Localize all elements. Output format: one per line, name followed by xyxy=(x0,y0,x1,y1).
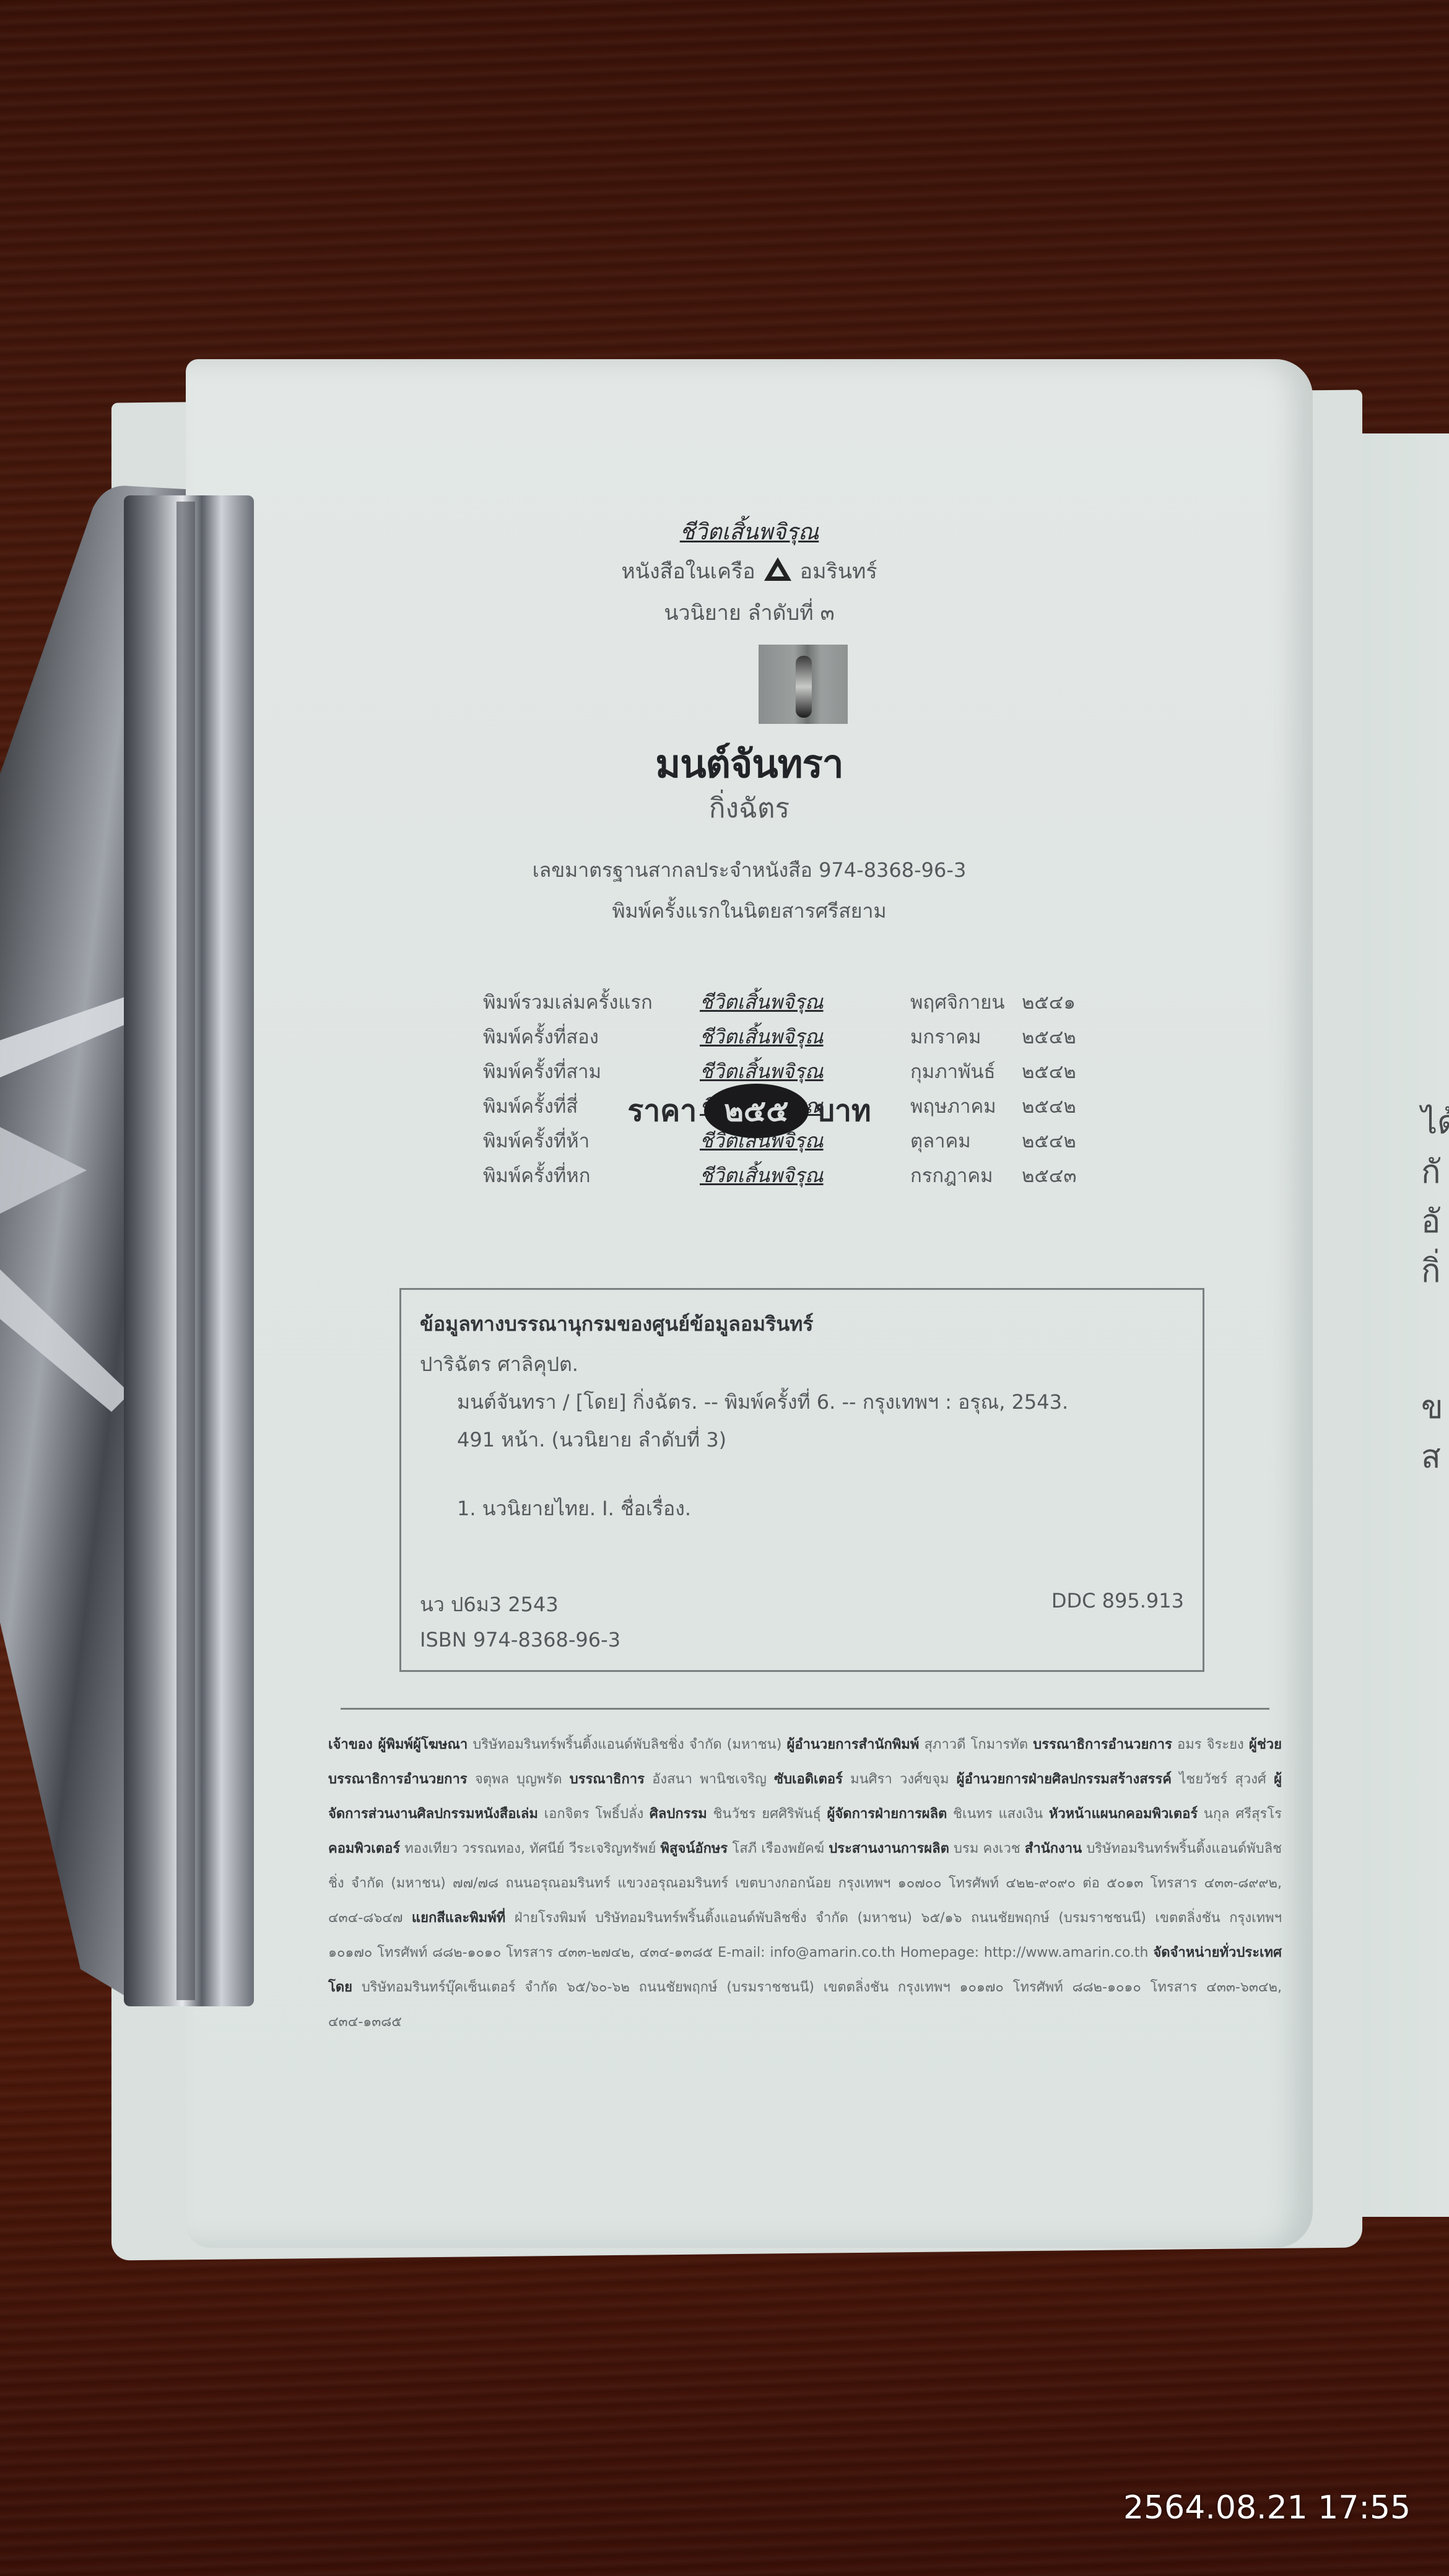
cip-ddc: DDC 895.913 xyxy=(1051,1589,1184,1621)
book-title: มนต์จันทรา xyxy=(186,734,1313,794)
print-label: พิมพ์ครั้งที่สอง xyxy=(483,1021,700,1052)
colophon-role: ซับเอดิเตอร์ xyxy=(774,1772,843,1787)
cover-thumbnail-image xyxy=(759,645,848,724)
divider-line xyxy=(341,1708,1269,1710)
right-page-fragment: กิ่ xyxy=(1421,1245,1440,1296)
book-author: กิ่งฉัตร xyxy=(186,786,1313,830)
colophon-text: เจ้าของ ผู้พิมพ์ผู้โฆษณา บริษัทอมรินทร์พ… xyxy=(328,1728,1282,2040)
amarin-logo-icon xyxy=(764,557,791,581)
print-signature: ชีวิตเสิ้นพจิรุณ xyxy=(700,1021,910,1053)
copyright-page: ชีวิตเสิ้นพจิรุณ หนังสือในเครืออมรินทร์ … xyxy=(186,359,1313,2248)
colophon-role: คอมพิวเตอร์ xyxy=(328,1841,400,1856)
print-year: ๒๕๔๑ xyxy=(1022,986,1102,1017)
colophon-role: ศิลปกรรม xyxy=(650,1806,707,1822)
colophon-role: ผู้อำนวยการสำนักพิมพ์ xyxy=(786,1737,919,1752)
right-page-fragment: กั xyxy=(1421,1146,1440,1197)
print-label: พิมพ์ครั้งที่หก xyxy=(483,1160,700,1191)
right-page-fragment: ส xyxy=(1421,1430,1441,1482)
cip-title: ข้อมูลทางบรรณานุกรมของศูนย์ข้อมูลอมรินทร… xyxy=(420,1308,1184,1340)
series-line: หนังสือในเครืออมรินทร์ xyxy=(186,554,1313,588)
print-history-row: พิมพ์รวมเล่มครั้งแรกชีวิตเสิ้นพจิรุณพฤศจ… xyxy=(483,985,1102,1019)
colophon-role: หัวหน้าแผนกคอมพิวเตอร์ xyxy=(1049,1806,1198,1822)
isbn-line: เลขมาตรฐานสากลประจำหนังสือ 974-8368-96-3 xyxy=(186,855,1313,886)
print-signature: ชีวิตเสิ้นพจิรุณ xyxy=(700,1160,910,1191)
print-year: ๒๕๔๓ xyxy=(1022,1160,1102,1191)
colophon-name: โสภี เรืองพยัคฆ์ xyxy=(728,1841,829,1856)
colophon-role: เจ้าของ ผู้พิมพ์ผู้โฆษณา xyxy=(328,1737,468,1752)
signature-header: ชีวิตเสิ้นพจิรุณ xyxy=(186,514,1313,549)
colophon-name: สุภาวดี โกมารทัต xyxy=(919,1737,1033,1752)
cip-isbn: ISBN 974-8368-96-3 xyxy=(420,1628,620,1651)
colophon-name: บริษัทอมรินทร์บุ๊คเซ็นเตอร์ จำกัด ๖๕/๖๐-… xyxy=(328,1980,1282,2030)
colophon-name: ไชยวัชร์ สุวงศ์ xyxy=(1172,1772,1274,1787)
colophon-role: สำนักงาน xyxy=(1025,1841,1082,1856)
print-label: พิมพ์ครั้งที่สาม xyxy=(483,1056,700,1087)
colophon-name: อังสนา พานิชเจริญ xyxy=(645,1772,774,1787)
print-month: กุมภาพันธ์ xyxy=(910,1056,1022,1087)
series-number: นวนิยาย ลำดับที่ ๓ xyxy=(186,596,1313,629)
print-signature: ชีวิตเสิ้นพจิรุณ xyxy=(700,1056,910,1087)
colophon-role: บรรณาธิการ xyxy=(570,1772,645,1787)
colophon-name: ชินวัชร ยศศิริพันธุ์ xyxy=(707,1806,827,1822)
cip-line: 491 หน้า. (นวนิยาย ลำดับที่ 3) xyxy=(420,1424,1184,1456)
colophon-name: บรม คงเวช xyxy=(949,1841,1025,1856)
print-month: พฤศจิกายน xyxy=(910,986,1022,1017)
print-signature: ชีวิตเสิ้นพจิรุณ xyxy=(700,986,910,1018)
right-page-fragment: อั xyxy=(1421,1195,1440,1247)
print-month: มกราคม xyxy=(910,1021,1022,1052)
price-suffix: บาท xyxy=(816,1094,871,1128)
colophon-name: อมร จิระยง xyxy=(1172,1737,1249,1752)
right-page-fragment: ข xyxy=(1421,1381,1443,1432)
colophon-name: เอกจิตร โพธิ์ปลั่ง xyxy=(538,1806,650,1822)
colophon-name: มนศิรา วงศ์ขจุม xyxy=(843,1772,957,1787)
print-year: ๒๕๔๒ xyxy=(1022,1021,1102,1052)
series-publisher: อมรินทร์ xyxy=(800,559,877,584)
print-month: กรกฎาคม xyxy=(910,1160,1022,1191)
colophon-role: แยกสีและพิมพ์ที่ xyxy=(412,1910,505,1926)
print-label: พิมพ์รวมเล่มครั้งแรก xyxy=(483,986,700,1017)
right-page-fragment: ได้ xyxy=(1421,1096,1449,1147)
series-prefix: หนังสือในเครือ xyxy=(621,559,755,584)
colophon-name: บริษัทอมรินทร์พริ้นติ้งแอนด์พับลิชชิ่ง จ… xyxy=(468,1737,786,1752)
colophon-role: บรรณาธิการอำนวยการ xyxy=(1033,1737,1172,1752)
price-prefix: ราคา xyxy=(627,1094,697,1128)
metal-binder-clip xyxy=(0,483,260,2019)
colophon-name: ทองเทียว วรรณทอง, ทัศนีย์ วีระเจริญทรัพย… xyxy=(400,1841,660,1856)
cip-line: มนต์จันทรา / [โดย] กิ่งฉัตร. -- พิมพ์ครั… xyxy=(420,1386,1184,1418)
cip-author-heading: ปาริฉัตร ศาลิคุปต. xyxy=(420,1349,1184,1380)
cip-subjects: 1. นวนิยายไทย. I. ชื่อเรื่อง. xyxy=(420,1493,1184,1525)
colophon-name: จตุพล บุญพรัด xyxy=(468,1772,570,1787)
colophon-name: นกุล ศรีสุรโร xyxy=(1198,1806,1282,1822)
colophon-role: พิสูจน์อักษร xyxy=(661,1841,728,1856)
price-badge: ๒๕๕ xyxy=(704,1084,808,1138)
colophon-role: ผู้จัดการฝ่ายการผลิต xyxy=(827,1806,947,1822)
print-history-row: พิมพ์ครั้งที่สองชีวิตเสิ้นพจิรุณมกราคม๒๕… xyxy=(483,1019,1102,1054)
photo-timestamp: 2564.08.21 17:55 xyxy=(1123,2489,1411,2526)
colophon-role: ผู้อำนวยการฝ่ายศิลปกรรมสร้างสรรค์ xyxy=(957,1772,1172,1787)
colophon-role: ประสานงานการผลิต xyxy=(829,1841,949,1856)
cataloging-in-publication-box: ข้อมูลทางบรรณานุกรมของศูนย์ข้อมูลอมรินทร… xyxy=(399,1288,1204,1672)
colophon-name: ชิเนทร แสงเงิน xyxy=(947,1806,1048,1822)
price-line: ราคา๒๕๕บาท xyxy=(186,1084,1313,1138)
cip-call-number: นว ป6ม3 2543 xyxy=(420,1589,559,1621)
print-year: ๒๕๔๒ xyxy=(1022,1056,1102,1087)
first-print-line: พิมพ์ครั้งแรกในนิตยสารศรีสยาม xyxy=(186,895,1313,927)
print-history-row: พิมพ์ครั้งที่หกชีวิตเสิ้นพจิรุณกรกฎาคม๒๕… xyxy=(483,1158,1102,1193)
